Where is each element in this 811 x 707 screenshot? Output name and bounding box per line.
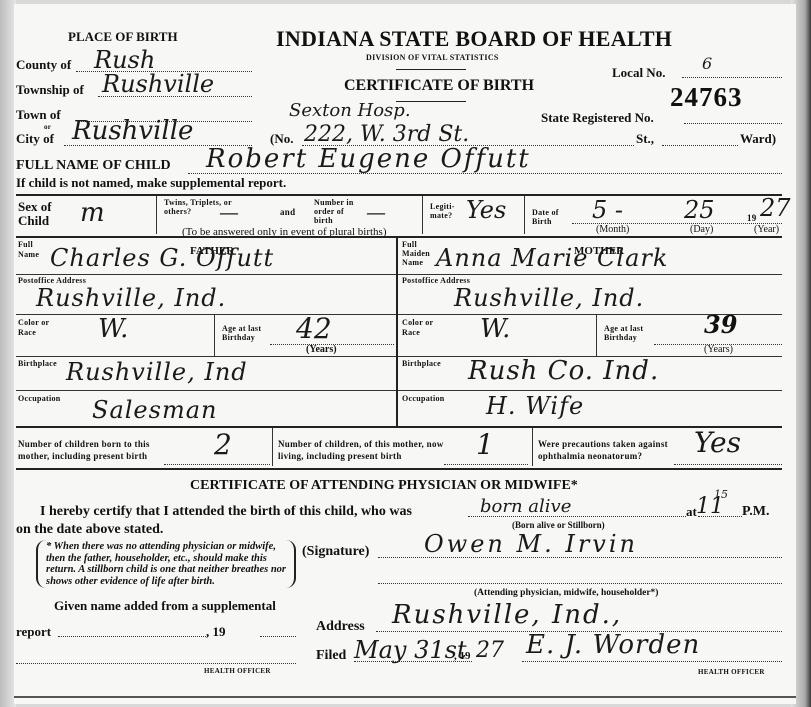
st-label: St., — [636, 132, 654, 146]
cell-divider — [524, 196, 525, 234]
rule — [16, 468, 782, 470]
local-no-line — [682, 76, 782, 78]
child-name-value: Robert Eugene Offutt — [206, 144, 531, 174]
order-label: Number in order of birth — [314, 198, 364, 225]
sex-label: Sex of Child — [18, 200, 68, 228]
physician-heading: CERTIFICATE OF ATTENDING PHYSICIAN OR MI… — [190, 478, 578, 494]
document-title: INDIANA STATE BOARD OF HEALTH — [276, 26, 672, 52]
sex-value: m — [80, 198, 105, 228]
father-name-value: Charles G. Offutt — [50, 244, 274, 272]
children-living-value: 1 — [476, 428, 494, 461]
and-label: and — [280, 208, 295, 216]
footnote-box: * When there was no attending physician … — [36, 540, 296, 588]
born-status-value: born alive — [480, 496, 571, 517]
mother-occupation-value: H. Wife — [486, 392, 584, 420]
registered-number: 24763 — [670, 82, 743, 113]
precautions-label: Were precautions taken against ophthalmi… — [538, 438, 698, 462]
filed-label: Filed — [316, 648, 346, 664]
rule — [16, 274, 396, 275]
given-name-note: Given name added from a supplemental — [54, 598, 276, 614]
certify-text: I hereby certify that I attended the bir… — [40, 504, 412, 520]
filed-year: 27 — [476, 638, 504, 663]
birth-certificate: PLACE OF BIRTH INDIANA STATE BOARD OF HE… — [14, 4, 796, 704]
mother-name-value: Anna Marie Clark — [436, 244, 668, 272]
city-label: City of — [16, 132, 54, 146]
division-label: DIVISION OF VITAL STATISTICS — [366, 54, 499, 62]
report-line — [58, 635, 208, 637]
father-occupation-value: Salesman — [92, 396, 217, 424]
report-label: report — [16, 624, 51, 640]
report-year-label: , 19 — [206, 624, 226, 640]
rule — [398, 274, 782, 275]
children-living-label: Number of children, of this mother, now … — [278, 438, 448, 462]
ward-label: Ward) — [740, 132, 776, 146]
supplemental-officer-caption: HEALTH OFFICER — [204, 667, 271, 675]
child-name-label: FULL NAME OF CHILD — [16, 159, 171, 173]
father-name-label: Full Name — [18, 240, 48, 260]
mother-race-label: Color or Race — [402, 318, 442, 338]
township-label: Township of — [16, 83, 84, 97]
ward-line — [662, 144, 738, 146]
father-years-caption: (Years) — [306, 345, 337, 355]
cell-divider — [532, 428, 533, 466]
ampm-label: P.M. — [742, 504, 769, 520]
dob-label: Date of Birth — [532, 208, 572, 226]
precautions-value: Yes — [694, 426, 741, 459]
local-no-value: 6 — [702, 54, 712, 73]
local-no-label: Local No. — [612, 66, 665, 80]
father-address-value: Rushville, Ind. — [36, 284, 226, 312]
cell-divider — [422, 196, 423, 234]
state-registered-label: State Registered No. — [541, 111, 654, 125]
born-caption: (Born alive or Stillborn) — [512, 520, 605, 530]
rule — [16, 356, 396, 357]
cell-divider — [214, 314, 215, 356]
mother-years-caption: (Years) — [704, 345, 733, 355]
cell-divider — [272, 428, 273, 466]
rule — [16, 314, 396, 315]
signature-line-2 — [378, 582, 782, 584]
children-born-value: 2 — [214, 428, 232, 461]
hospital-value: Sexton Hosp. — [289, 100, 411, 121]
mother-address-value: Rushville, Ind. — [454, 284, 644, 312]
dob-century: 19 — [747, 214, 757, 222]
rule — [16, 236, 782, 238]
twins-value: — — [219, 200, 239, 224]
rule — [398, 390, 782, 391]
or-label: or — [44, 123, 51, 131]
cell-divider — [156, 196, 157, 234]
day-caption: (Day) — [690, 225, 713, 235]
rule — [16, 390, 396, 391]
mother-birthplace-value: Rush Co. Ind. — [468, 356, 659, 386]
officer-signature: E. J. Worden — [526, 630, 700, 660]
year-caption: (Year) — [754, 225, 779, 235]
father-birthplace-label: Birthplace — [18, 360, 57, 368]
father-age-label: Age at last Birthday — [222, 324, 278, 342]
address-label: Address — [316, 619, 365, 635]
place-of-birth-heading: PLACE OF BIRTH — [68, 30, 178, 44]
date-note: on the date above stated. — [16, 522, 163, 538]
filed-value: May 31st — [354, 636, 467, 664]
dob-month: 5 - — [592, 196, 623, 224]
state-registered-line — [684, 122, 782, 124]
signature-label: (Signature) — [302, 544, 369, 560]
rule — [16, 426, 782, 428]
time-minutes: 15 — [714, 488, 728, 501]
signature-value: Owen M. Irvin — [424, 530, 638, 558]
father-race-label: Color or Race — [18, 318, 58, 338]
not-named-note: If child is not named, make supplemental… — [16, 176, 286, 190]
certificate-type: CERTIFICATE OF BIRTH — [344, 77, 534, 95]
officer-caption: HEALTH OFFICER — [698, 668, 765, 676]
filed-century: , 19 — [454, 650, 471, 662]
dob-year: 27 — [760, 194, 791, 222]
order-value: — — [366, 200, 386, 224]
month-caption: (Month) — [596, 225, 629, 235]
mother-birthplace-label: Birthplace — [402, 360, 441, 368]
legitimate-label: Legiti-mate? — [430, 202, 470, 220]
father-race-value: W. — [98, 314, 128, 344]
mother-age-label: Age at last Birthday — [604, 324, 660, 342]
county-label: County of — [16, 58, 71, 72]
legitimate-value: Yes — [466, 196, 506, 224]
officer-line — [522, 660, 782, 662]
father-birthplace-value: Rushville, Ind — [66, 358, 248, 386]
parents-divider — [396, 238, 398, 426]
mother-race-value: W. — [480, 314, 510, 344]
children-born-line — [164, 463, 270, 465]
mother-name-label: Full Maiden Name — [402, 240, 432, 267]
dob-day: 25 — [684, 196, 715, 224]
precautions-line — [674, 463, 782, 465]
bottom-edge — [14, 696, 796, 698]
children-living-line — [444, 463, 528, 465]
children-born-label: Number of children born to this mother, … — [18, 438, 178, 462]
mother-occupation-label: Occupation — [402, 395, 445, 403]
father-occupation-label: Occupation — [18, 395, 61, 403]
address-value: Rushville, Ind., — [392, 600, 622, 630]
rule — [16, 194, 782, 196]
supplemental-officer-line — [16, 662, 296, 664]
city-value: Rushville — [72, 116, 193, 146]
father-age-value: 42 — [296, 312, 332, 345]
divider — [396, 69, 466, 70]
township-value: Rushville — [102, 70, 214, 98]
town-label: Town of — [16, 108, 61, 122]
mother-age-value: 39 — [704, 310, 737, 339]
cell-divider — [596, 314, 597, 356]
signature-caption: (Attending physician, midwife, household… — [474, 588, 658, 598]
report-year-line — [260, 635, 296, 637]
